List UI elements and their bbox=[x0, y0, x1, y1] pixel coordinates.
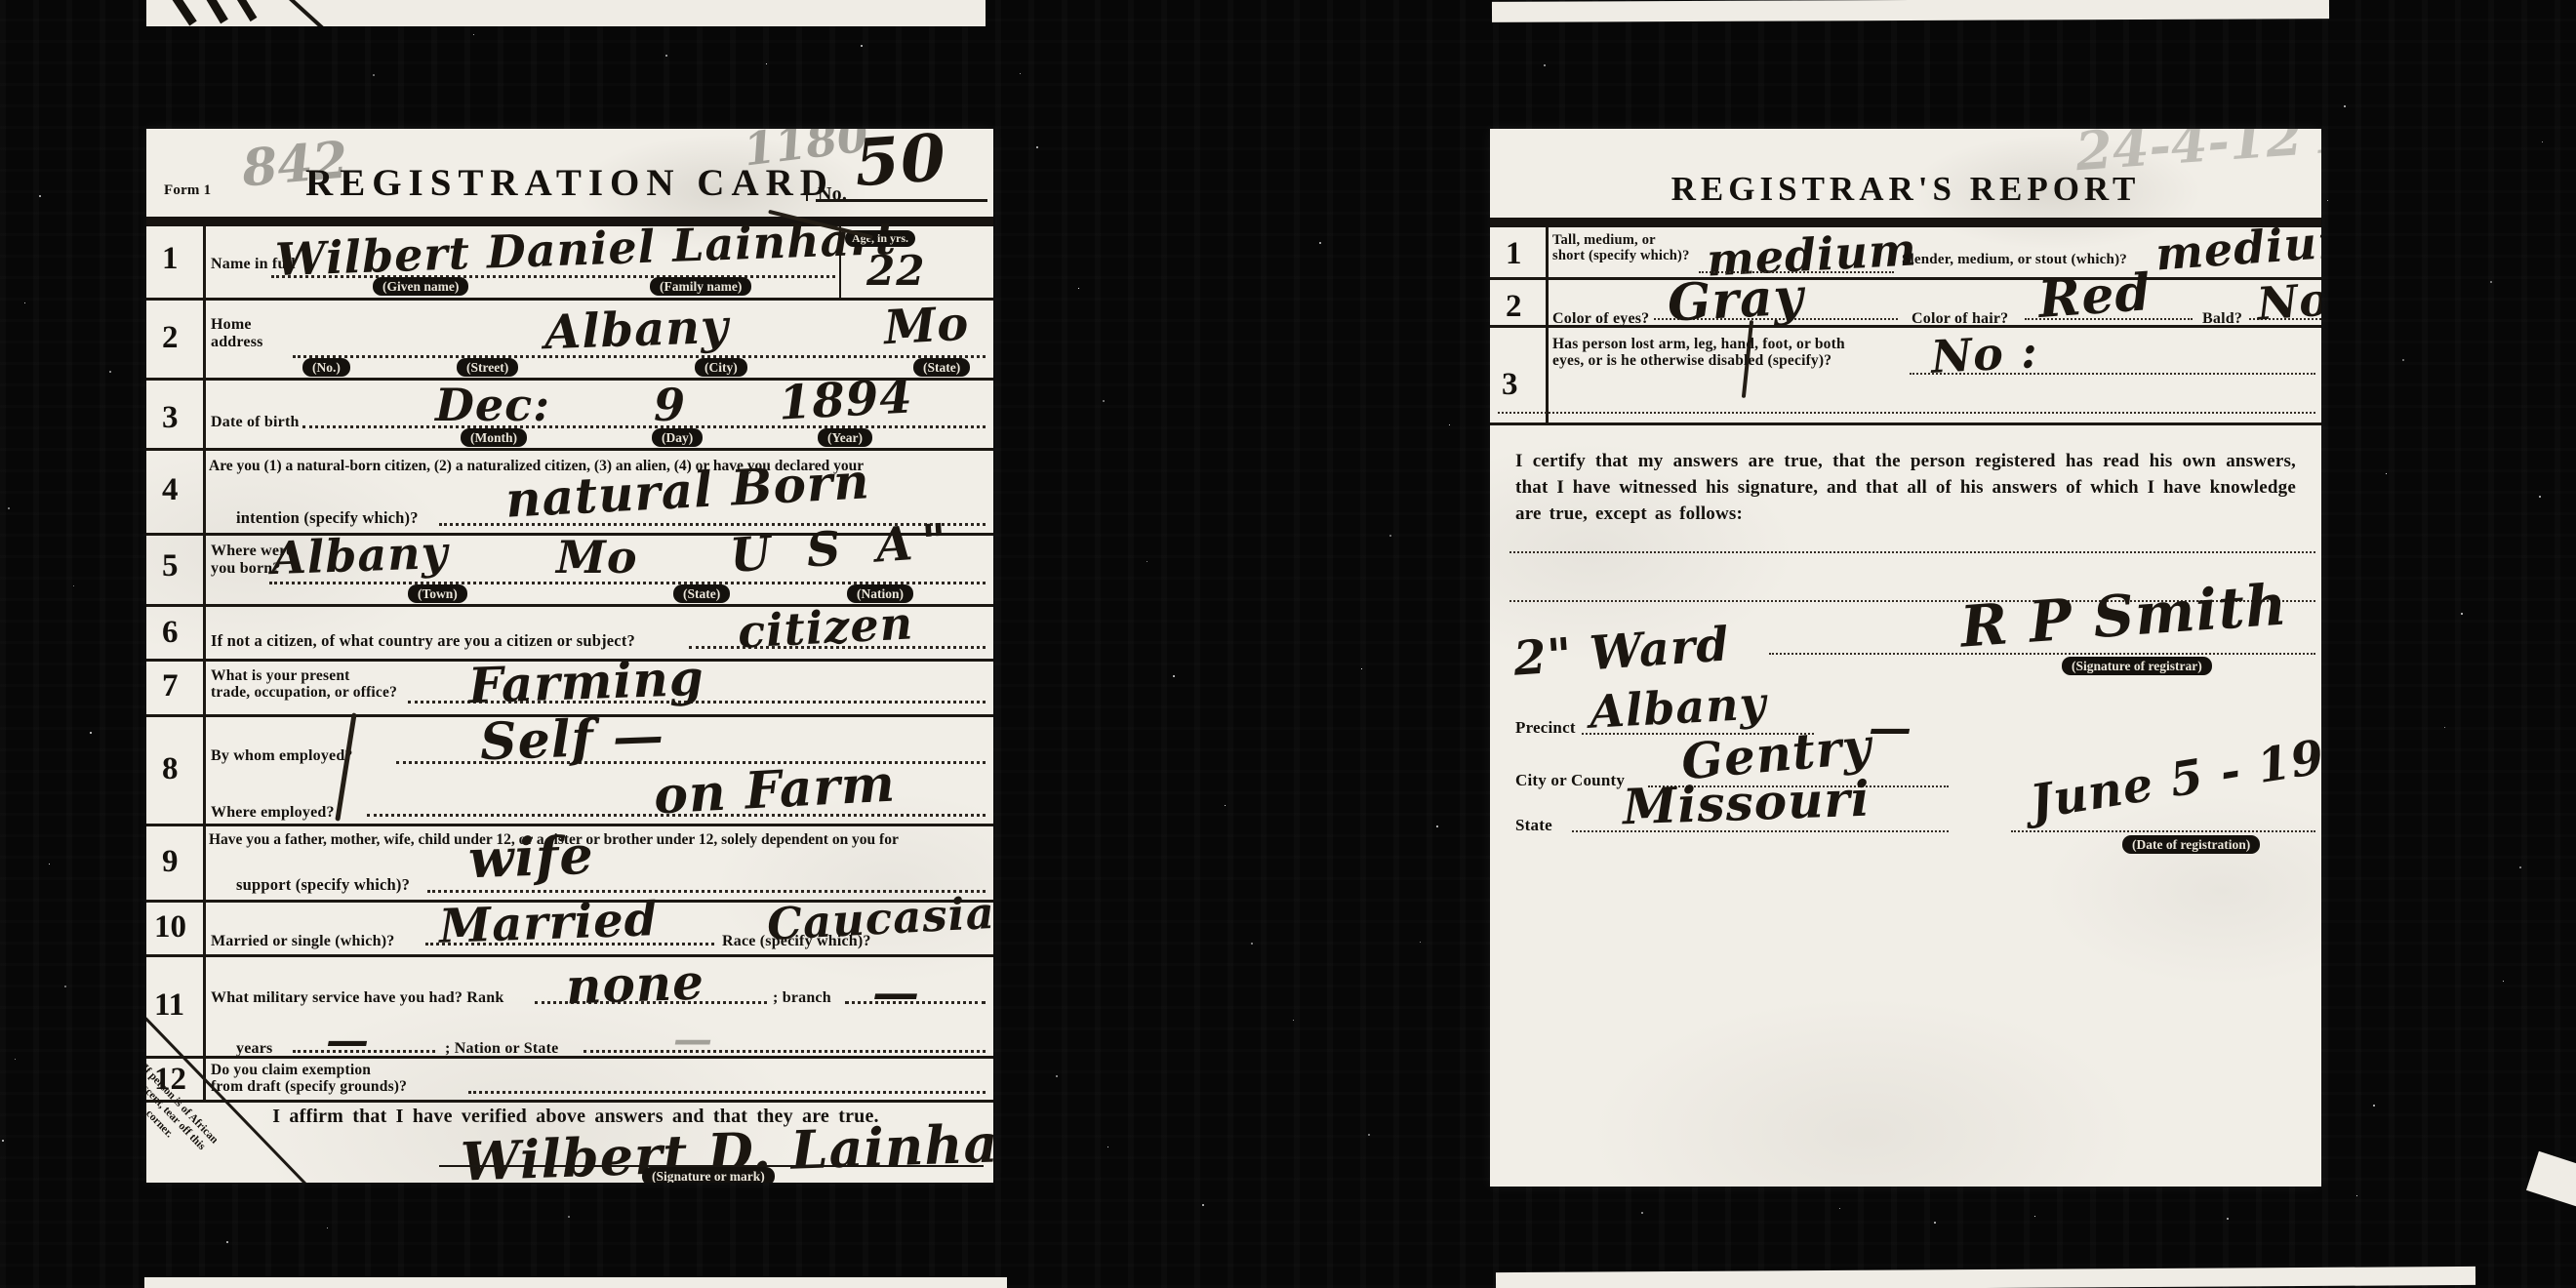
q11-pencil-dash: — bbox=[673, 1025, 712, 1056]
rq2-label-eyes: Color of eyes? bbox=[1552, 310, 1649, 328]
number-column-line bbox=[203, 226, 206, 1100]
q8-label-where: Where employed? bbox=[211, 804, 335, 822]
registration-date-line bbox=[2011, 830, 2315, 832]
row-number: 3 bbox=[1502, 367, 1518, 403]
q11-write-line-nation bbox=[584, 1050, 986, 1053]
q3-sub-month: (Month) bbox=[461, 428, 527, 447]
blank-line-1 bbox=[1509, 551, 2315, 553]
row-number: 4 bbox=[162, 472, 179, 508]
q2-sub-state: (State) bbox=[913, 358, 970, 377]
precinct-dash: — bbox=[1869, 712, 1912, 745]
precinct-value: Albany bbox=[1589, 686, 1767, 729]
rq2-answer-bald: No bbox=[2256, 282, 2321, 321]
q10-label-married: Married or single (which)? bbox=[211, 933, 394, 950]
q9-answer: wife bbox=[467, 835, 594, 879]
row-number: 10 bbox=[154, 909, 186, 946]
pen-scribble bbox=[156, 0, 371, 26]
row-number: 8 bbox=[162, 751, 179, 787]
q2-sub-no: (No.) bbox=[302, 358, 350, 377]
card-title: REGISTRAR'S REPORT bbox=[1671, 170, 2141, 208]
microfilm-scan: Form 1 842 REGISTRATION CARD 1180 No. 50… bbox=[0, 0, 2576, 1288]
row-number: 7 bbox=[162, 668, 179, 704]
q5-sub-state: (State) bbox=[673, 584, 730, 603]
q11-answer-years: — bbox=[326, 1025, 370, 1057]
number-column-line bbox=[1546, 227, 1549, 423]
state-label: State bbox=[1515, 816, 1552, 834]
q7-answer: Farming bbox=[467, 660, 704, 704]
q7-label: What is your presenttrade, occupation, o… bbox=[211, 667, 435, 702]
q3-answer-month: Dec: bbox=[435, 388, 550, 423]
q8-answer-where: on Farm bbox=[653, 765, 896, 816]
q6-answer: citizen bbox=[737, 606, 914, 649]
q2-sub-street: (Street) bbox=[457, 358, 518, 377]
q2-answer-state: Mo bbox=[883, 306, 970, 346]
q11-label-nation: ; Nation or State bbox=[445, 1040, 558, 1058]
registration-date: June 5 - 1917 bbox=[2028, 729, 2321, 821]
q1-sub-family: (Family name) bbox=[650, 277, 751, 296]
pencil-mark: 24-4-12 A bbox=[2074, 129, 2321, 173]
q11-label-branch: ; branch bbox=[773, 989, 831, 1007]
registrars-report-card: 24-4-12 A REGISTRAR'S REPORT 1 2 3 Tall,… bbox=[1490, 129, 2321, 1187]
adjacent-card-bottom-left bbox=[144, 1277, 1007, 1288]
adjacent-card-top-right bbox=[1492, 0, 2329, 22]
q5-answer-nation: U S A" bbox=[729, 523, 957, 574]
q11-answer-branch: — bbox=[872, 976, 920, 1011]
registrar-signature-line bbox=[1769, 653, 2315, 655]
q3-label: Date of birth bbox=[211, 414, 300, 431]
card-title-wrap: REGISTRAR'S REPORT bbox=[1490, 170, 2321, 208]
q8-label-by: By whom employed? bbox=[211, 747, 353, 765]
q9-label-line2: support (specify which)? bbox=[236, 876, 410, 894]
header-divider bbox=[806, 174, 808, 201]
registrar-signature-sublabel: (Signature of registrar) bbox=[2062, 657, 2212, 675]
certification-text: I certify that my answers are true, that… bbox=[1515, 449, 2296, 528]
q4-answer: natural Born bbox=[504, 463, 870, 518]
q8-answer-by: Self — bbox=[479, 717, 664, 762]
rq2-answer-hair: Red bbox=[2037, 273, 2153, 319]
q11-label-years: years bbox=[236, 1040, 272, 1058]
rq3-answer: No : bbox=[1930, 335, 2038, 374]
row-line bbox=[146, 298, 993, 301]
no-value: 50 bbox=[853, 134, 947, 188]
no-underline bbox=[816, 199, 987, 202]
precinct-label: Precinct bbox=[1515, 718, 1576, 737]
rq3-label: Has person lost arm, leg, hand, foot, or… bbox=[1552, 336, 1904, 370]
q12-write-line bbox=[468, 1091, 986, 1094]
row-number: 1 bbox=[162, 241, 179, 277]
signature-sublabel: (Signature or mark) bbox=[642, 1167, 775, 1183]
rq2-label-bald: Bald? bbox=[2202, 310, 2242, 328]
row-number: 5 bbox=[162, 548, 179, 584]
q11-label-rank: What military service have you had? Rank bbox=[211, 989, 503, 1007]
q6-label: If not a citizen, of what country are yo… bbox=[211, 632, 635, 650]
ward-note: 2" Ward bbox=[1512, 626, 1731, 676]
q3-sub-year: (Year) bbox=[818, 428, 872, 447]
row-line bbox=[146, 1056, 993, 1059]
q10-answer-race: Caucasian bbox=[766, 895, 993, 942]
city-county-label: City or County bbox=[1515, 771, 1625, 789]
adjacent-card-bottom-right bbox=[1496, 1267, 2475, 1288]
rq2-answer-eyes: Gray bbox=[1667, 277, 1805, 322]
row-line bbox=[146, 1100, 993, 1103]
q2-sub-city: (City) bbox=[695, 358, 747, 377]
film-edge-artifact bbox=[2526, 1151, 2576, 1208]
state-line bbox=[1572, 830, 1949, 832]
q3-answer-year: 1894 bbox=[778, 379, 913, 421]
rq1-label: Tall, medium, orshort (specify which)? bbox=[1552, 232, 1718, 263]
registration-date-sublabel: (Date of registration) bbox=[2122, 835, 2260, 854]
q9-label-line1: Have you a father, mother, wife, child u… bbox=[209, 831, 986, 848]
row-line bbox=[1490, 423, 2321, 425]
age-value: 22 bbox=[866, 256, 925, 287]
registrar-signature: R P Smith bbox=[1959, 584, 2289, 649]
row-number: 3 bbox=[162, 400, 179, 436]
q5-sub-town: (Town) bbox=[408, 584, 467, 603]
q1-answer: Wilbert Daniel Lainhart bbox=[275, 221, 898, 277]
q5-answer-town: Albany bbox=[270, 536, 448, 576]
q12-label: Do you claim exemptionfrom draft (specif… bbox=[211, 1062, 464, 1096]
q3-sub-day: (Day) bbox=[652, 428, 703, 447]
row-number: 2 bbox=[162, 320, 179, 356]
pencil-serial: 1180 bbox=[742, 129, 870, 168]
q2-label: Homeaddress bbox=[211, 316, 289, 351]
q3-answer-day: 9 bbox=[654, 388, 686, 423]
row-number: 1 bbox=[1506, 236, 1522, 272]
no-label: No. bbox=[818, 183, 847, 205]
q2-answer-city: Albany bbox=[543, 309, 729, 351]
registration-card: Form 1 842 REGISTRATION CARD 1180 No. 50… bbox=[146, 129, 993, 1183]
q5-answer-state: Mo bbox=[556, 541, 638, 575]
row-number: 6 bbox=[162, 615, 179, 651]
pen-stroke bbox=[335, 712, 356, 821]
rq2-label-hair: Color of hair? bbox=[1912, 310, 2008, 328]
q3-write-line bbox=[302, 425, 986, 428]
row-number: 2 bbox=[1506, 289, 1522, 325]
state-value: Missouri bbox=[1622, 781, 1871, 825]
row-number: 9 bbox=[162, 844, 179, 880]
q11-answer-rank: none bbox=[565, 964, 704, 1005]
q4-label-line2: intention (specify which)? bbox=[236, 509, 419, 527]
q1-sub-given: (Given name) bbox=[373, 277, 468, 296]
rq1-answer-build: medium bbox=[2154, 223, 2321, 271]
rq3-bottom-dotted-line bbox=[1498, 412, 2315, 414]
q10-answer-married: Married bbox=[438, 902, 658, 945]
row-line bbox=[146, 448, 993, 451]
adjacent-card-top-left bbox=[146, 0, 986, 26]
row-number: 11 bbox=[154, 987, 184, 1024]
